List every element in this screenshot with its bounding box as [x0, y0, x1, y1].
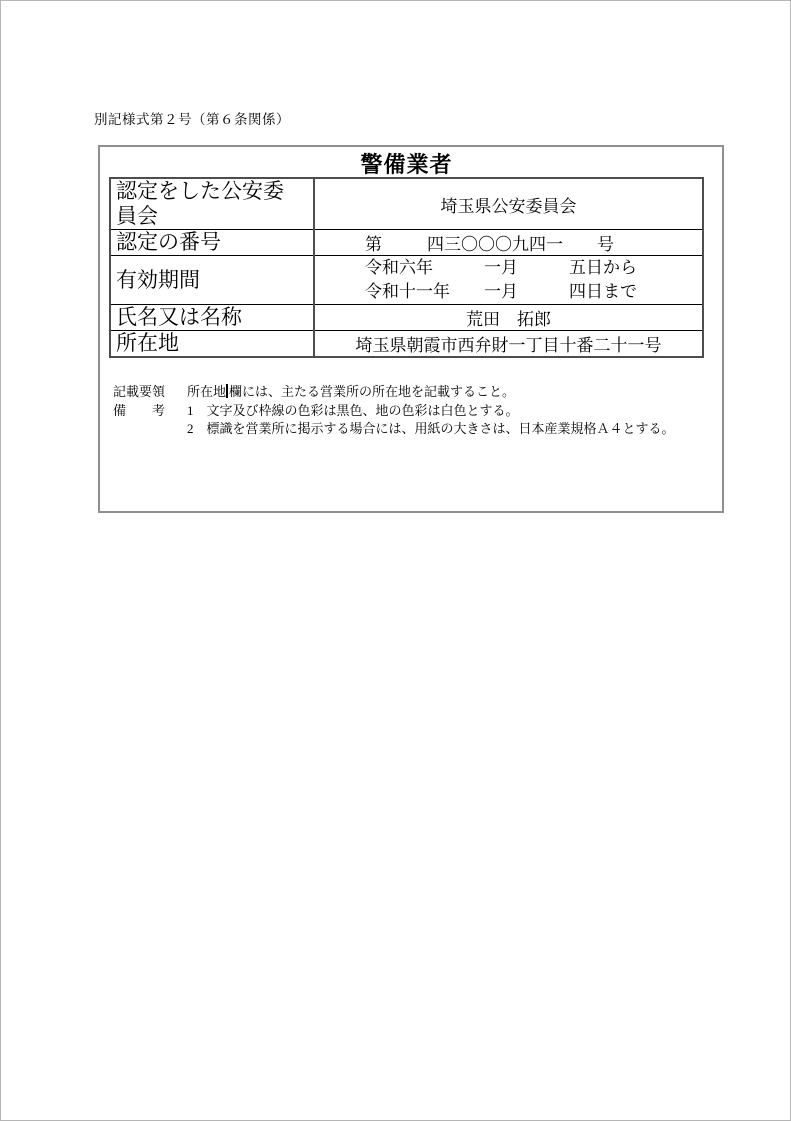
remark-line-1: 備 考 1 文字及び枠線の色彩は黒色、地の色彩は白色とする。: [113, 402, 713, 421]
table-row-validity: 有効期間 令和六年 一月 五日から 令和十一年 一月 四日まで: [110, 256, 703, 305]
text-caret: [226, 384, 228, 398]
instruction-text-before: 所在地: [187, 384, 226, 399]
address-label: 所在地: [110, 331, 314, 358]
number-digits: 四三〇〇〇九四一: [427, 230, 563, 255]
commission-label: 認定をした公安委 員会: [110, 178, 314, 230]
notes-block: 記載要領 所在地欄には、主たる営業所の所在地を記載すること。 備 考 1 文字及…: [113, 383, 713, 439]
table-row-number: 認定の番号 第 四三〇〇〇九四一 号: [110, 230, 703, 256]
sign-board: 警備業者 認定をした公安委 員会 埼玉県公安委員会 認定の番号 第 四三〇〇〇九…: [98, 145, 724, 513]
validity-end: 令和十一年 一月 四日まで: [315, 280, 702, 304]
number-label: 認定の番号: [110, 230, 314, 256]
name-label: 氏名又は名称: [110, 305, 314, 331]
number-suffix: 号: [597, 230, 614, 255]
remark-line-2: 2 標識を営業所に掲示する場合には、用紙の大きさは、日本産業規格Ａ４とする。: [113, 420, 713, 439]
name-value: 荒田 拓郎: [314, 305, 703, 331]
form-number-label: 別記様式第２号（第６条関係）: [94, 108, 290, 128]
instruction-text-after: 欄には、主たる営業所の所在地を記載すること。: [229, 384, 515, 399]
number-value-cell: 第 四三〇〇〇九四一 号: [314, 230, 703, 256]
remark-1-text: 1 文字及び枠線の色彩は黒色、地の色彩は白色とする。: [187, 402, 519, 421]
table-row-address: 所在地 埼玉県朝霞市西弁財一丁目十番二十一号: [110, 331, 703, 358]
commission-value: 埼玉県公安委員会: [314, 178, 703, 230]
sign-title: 警備業者: [109, 148, 704, 179]
instruction-line: 記載要領 所在地欄には、主たる営業所の所在地を記載すること。: [113, 383, 713, 402]
instruction-text: 所在地欄には、主たる営業所の所在地を記載すること。: [187, 383, 515, 402]
remarks-label: 備 考: [113, 402, 187, 421]
document-page: 別記様式第２号（第６条関係） 警備業者 認定をした公安委 員会 埼玉県公安委員会…: [0, 0, 791, 1121]
validity-start: 令和六年 一月 五日から: [315, 256, 702, 280]
remark-2-text: 2 標識を営業所に掲示する場合には、用紙の大きさは、日本産業規格Ａ４とする。: [187, 420, 675, 439]
validity-label: 有効期間: [110, 256, 314, 305]
sign-table: 認定をした公安委 員会 埼玉県公安委員会 認定の番号 第 四三〇〇〇九四一 号 …: [109, 177, 704, 358]
table-row-name: 氏名又は名称 荒田 拓郎: [110, 305, 703, 331]
address-value: 埼玉県朝霞市西弁財一丁目十番二十一号: [314, 331, 703, 358]
instruction-label: 記載要領: [113, 383, 187, 402]
table-row-commission: 認定をした公安委 員会 埼玉県公安委員会: [110, 178, 703, 230]
remarks-label-spacer: [113, 420, 187, 439]
certification-number: 第 四三〇〇〇九四一 号: [315, 230, 702, 255]
validity-value-cell: 令和六年 一月 五日から 令和十一年 一月 四日まで: [314, 256, 703, 305]
number-prefix: 第: [365, 230, 382, 255]
